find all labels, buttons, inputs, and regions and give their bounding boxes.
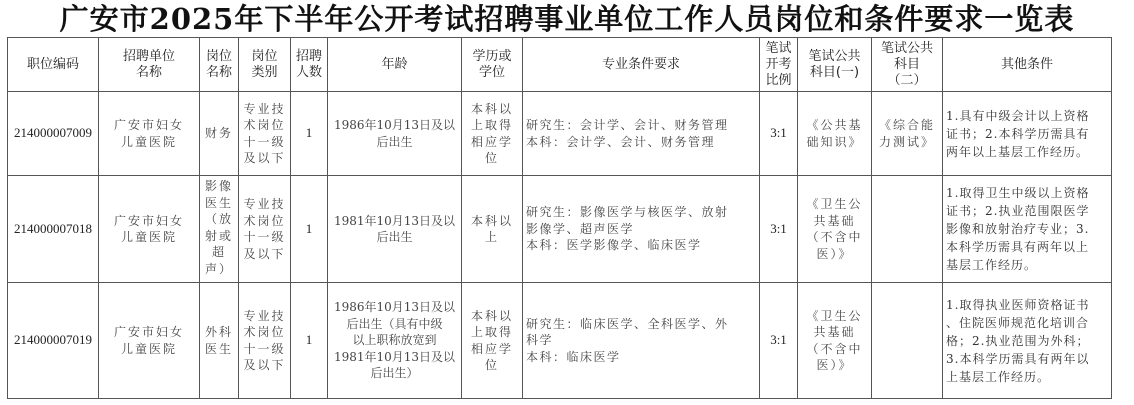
cell-line: 科目	[875, 57, 939, 73]
cell-line: 岗位	[203, 49, 235, 65]
cell-line: 《公共基	[800, 117, 869, 134]
cell-line: 射或	[202, 228, 236, 245]
cell-line: 名称	[203, 65, 235, 81]
cell-line: 证书；2.本科学历需具有	[946, 125, 1108, 143]
cell-line: 共基础	[800, 213, 869, 230]
cell-line: 儿童医院	[101, 229, 197, 246]
exam-subject-2	[872, 283, 943, 399]
table-row: 214000007018 广安市妇女儿童医院 影像医生（放射或超声） 专业技术岗…	[8, 176, 1112, 283]
header-ratio: 笔试开考比例	[760, 38, 798, 92]
cell-line: 十一级	[241, 341, 288, 358]
hire-count: 1	[291, 283, 328, 399]
cell-line: 《综合能	[874, 117, 940, 134]
cell-line: 研究生：影像医学与核医学、放射	[526, 204, 756, 221]
table-row: 214000007019 广安市妇女儿童医院 外科医生 专业技术岗位十一级及以下…	[8, 283, 1112, 399]
cell-line: 本科以	[464, 101, 520, 118]
cell-line: 1986年10月13日及以	[331, 117, 458, 134]
cell-line: 研究生：会计学、会计、财务管理	[526, 117, 756, 134]
position-code: 214000007009	[8, 92, 99, 176]
cell-line: 基层工作经历。	[946, 256, 1108, 274]
cell-line: 广安市妇女	[101, 117, 197, 134]
cell-line: 及以下	[241, 357, 288, 374]
post-name: 财务	[200, 92, 239, 176]
other-conditions: 1.具有中级会计以上资格证书；2.本科学历需具有两年以上基层工作经历。	[943, 92, 1112, 176]
post-name: 外科医生	[200, 283, 239, 399]
cell-line: 医生	[202, 195, 236, 212]
cell-line: 上基层工作经历。	[946, 368, 1108, 386]
cell-line: 儿童医院	[101, 341, 197, 358]
cell-line: 术岗位	[241, 324, 288, 341]
cell-line: 及以下	[241, 246, 288, 263]
cell-line: 研究生：临床医学、全科医学、外	[526, 316, 756, 333]
cell-line: 格；2.执业范围为外科；	[946, 332, 1108, 350]
cell-line: 1.取得卫生中级以上资格	[946, 184, 1108, 202]
position-code: 214000007019	[8, 283, 99, 399]
cell-line: 专业条件要求	[526, 57, 756, 73]
exam-subject-1: 《卫生公共基础（不含中医）》	[798, 176, 872, 283]
cell-line: 两年以上基层工作经历。	[946, 143, 1108, 161]
cell-line: 医生	[202, 341, 236, 358]
post-type: 专业技术岗位十一级及以下	[239, 92, 291, 176]
cell-line: 位	[464, 357, 520, 374]
header-code: 职位编码	[8, 38, 99, 92]
cell-line: 名称	[102, 65, 196, 81]
cell-line: 专业技	[241, 196, 288, 213]
header-count: 招聘人数	[291, 38, 328, 92]
hire-count: 1	[291, 92, 328, 176]
age-requirement: 1981年10月13日及以后出生	[328, 176, 462, 283]
education-requirement: 本科以上取得相应学位	[462, 283, 523, 399]
cell-line: 共基础	[800, 324, 869, 341]
cell-line: 后出生	[331, 229, 458, 246]
cell-line: 影像学、超声医学	[526, 221, 756, 238]
cell-line: 其他条件	[946, 57, 1108, 73]
post-type: 专业技术岗位十一级及以下	[239, 176, 291, 283]
education-requirement: 本科以上取得相应学位	[462, 92, 523, 176]
cell-line: 比例	[763, 73, 794, 89]
major-requirement: 研究生：会计学、会计、财务管理本科：会计学、会计、财务管理	[523, 92, 760, 176]
cell-line: 学历或	[465, 49, 519, 65]
page-title: 广安市2025年下半年公开考试招聘事业单位工作人员岗位和条件要求一览表	[0, 2, 1134, 36]
header-edu: 学历或学位	[462, 38, 523, 92]
header-age: 年龄	[328, 38, 462, 92]
cell-line: 职位编码	[11, 57, 95, 73]
table-row: 214000007009 广安市妇女儿童医院 财务 专业技术岗位十一级及以下 1…	[8, 92, 1112, 176]
header-subject-1: 笔试公共科目(一)	[798, 38, 872, 92]
cell-line: 后出生（具有中级	[331, 316, 458, 333]
cell-line: 上取得	[464, 117, 520, 134]
cell-line: 学位	[465, 65, 519, 81]
cell-line: 人数	[294, 65, 324, 81]
cell-line: 外科	[202, 324, 236, 341]
cell-line: 招聘	[294, 49, 324, 65]
cell-line: 力测试》	[874, 134, 940, 151]
cell-line: 1986年10月13日及以	[331, 299, 458, 316]
cell-line: 笔试公共	[875, 41, 939, 57]
cell-line: 相应学	[464, 134, 520, 151]
header-post: 岗位名称	[200, 38, 239, 92]
cell-line: 1.取得执业医师资格证书	[946, 296, 1108, 314]
cell-line: 类别	[242, 65, 287, 81]
header-row: 职位编码 招聘单位名称 岗位名称 岗位类别 招聘人数 年龄 学历或学位 专业条件…	[8, 38, 1112, 92]
cell-line: 1.具有中级会计以上资格	[946, 107, 1108, 125]
cell-line: 术岗位	[241, 117, 288, 134]
cell-line: 本科学历需具有两年以上	[946, 238, 1108, 256]
exam-subject-2: 《综合能力测试》	[872, 92, 943, 176]
cell-line: 医）》	[800, 357, 869, 374]
cell-line: 笔试公共	[801, 49, 868, 65]
major-requirement: 研究生：临床医学、全科医学、外科学本科：临床医学	[523, 283, 760, 399]
cell-line: 本科以	[464, 308, 520, 325]
header-subject-2: 笔试公共科目（二）	[872, 38, 943, 92]
exam-subject-1: 《公共基础知识》	[798, 92, 872, 176]
cell-line: 科目(一)	[801, 65, 868, 81]
cell-line: 础知识》	[800, 134, 869, 151]
cell-line: 十一级	[241, 134, 288, 151]
cell-line: 上	[464, 229, 520, 246]
cell-line: 《卫生公	[800, 196, 869, 213]
cell-line: 岗位	[242, 49, 287, 65]
major-requirement: 研究生：影像医学与核医学、放射影像学、超声医学本科：医学影像学、临床医学	[523, 176, 760, 283]
exam-subject-1: 《卫生公共基础（不含中医）》	[798, 283, 872, 399]
header-other: 其他条件	[943, 38, 1112, 92]
cell-line: 后出生）	[331, 365, 458, 382]
cell-line: 开考	[763, 57, 794, 73]
cell-line: 、住院医师规范化培训合	[946, 314, 1108, 332]
cell-line: 本科：医学影像学、临床医学	[526, 237, 756, 254]
cell-line: 财务	[202, 125, 236, 142]
post-name: 影像医生（放射或超声）	[200, 176, 239, 283]
cell-line: 十一级	[241, 229, 288, 246]
cell-line: 专业技	[241, 101, 288, 118]
exam-ratio: 3:1	[760, 92, 798, 176]
cell-line: 广安市妇女	[101, 213, 197, 230]
cell-line: 后出生	[331, 134, 458, 151]
other-conditions: 1.取得执业医师资格证书、住院医师规范化培训合格；2.执业范围为外科；3.本科学…	[943, 283, 1112, 399]
age-requirement: 1986年10月13日及以后出生（具有中级以上职称放宽到1981年10月13日及…	[328, 283, 462, 399]
unit-name: 广安市妇女儿童医院	[99, 176, 200, 283]
cell-line: 医）》	[800, 246, 869, 263]
cell-line: 1981年10月13日及以	[331, 349, 458, 366]
cell-line: 本科：会计学、会计、财务管理	[526, 134, 756, 151]
position-code: 214000007018	[8, 176, 99, 283]
cell-line: （放	[202, 211, 236, 228]
cell-line: 位	[464, 150, 520, 167]
cell-line: （不含中	[800, 341, 869, 358]
cell-line: 超	[202, 244, 236, 261]
cell-line: 儿童医院	[101, 134, 197, 151]
cell-line: 科学	[526, 332, 756, 349]
cell-line: 以上职称放宽到	[331, 332, 458, 349]
cell-line: 声）	[202, 261, 236, 278]
hire-count: 1	[291, 176, 328, 283]
other-conditions: 1.取得卫生中级以上资格证书；2.执业范围限医学影像和放射治疗专业；3.本科学历…	[943, 176, 1112, 283]
cell-line: 影像	[202, 178, 236, 195]
cell-line: 上取得	[464, 324, 520, 341]
header-unit: 招聘单位名称	[99, 38, 200, 92]
cell-line: 《卫生公	[800, 308, 869, 325]
cell-line: 广安市妇女	[101, 324, 197, 341]
cell-line: 相应学	[464, 341, 520, 358]
cell-line: （不含中	[800, 229, 869, 246]
cell-line: 年龄	[331, 57, 458, 73]
header-type: 岗位类别	[239, 38, 291, 92]
header-major: 专业条件要求	[523, 38, 760, 92]
age-requirement: 1986年10月13日及以后出生	[328, 92, 462, 176]
exam-subject-2	[872, 176, 943, 283]
cell-line: 3.本科学历需具有两年以	[946, 350, 1108, 368]
cell-line: 影像和放射治疗专业；3.	[946, 220, 1108, 238]
unit-name: 广安市妇女儿童医院	[99, 283, 200, 399]
cell-line: 及以下	[241, 150, 288, 167]
unit-name: 广安市妇女儿童医院	[99, 92, 200, 176]
cell-line: 笔试	[763, 41, 794, 57]
exam-ratio: 3:1	[760, 283, 798, 399]
positions-table: 职位编码 招聘单位名称 岗位名称 岗位类别 招聘人数 年龄 学历或学位 专业条件…	[7, 37, 1112, 399]
cell-line: 招聘单位	[102, 49, 196, 65]
cell-line: （二）	[875, 73, 939, 89]
cell-line: 本科以	[464, 213, 520, 230]
exam-ratio: 3:1	[760, 176, 798, 283]
cell-line: 本科：临床医学	[526, 349, 756, 366]
post-type: 专业技术岗位十一级及以下	[239, 283, 291, 399]
education-requirement: 本科以上	[462, 176, 523, 283]
cell-line: 术岗位	[241, 213, 288, 230]
cell-line: 证书；2.执业范围限医学	[946, 202, 1108, 220]
cell-line: 1981年10月13日及以	[331, 213, 458, 230]
cell-line: 专业技	[241, 308, 288, 325]
